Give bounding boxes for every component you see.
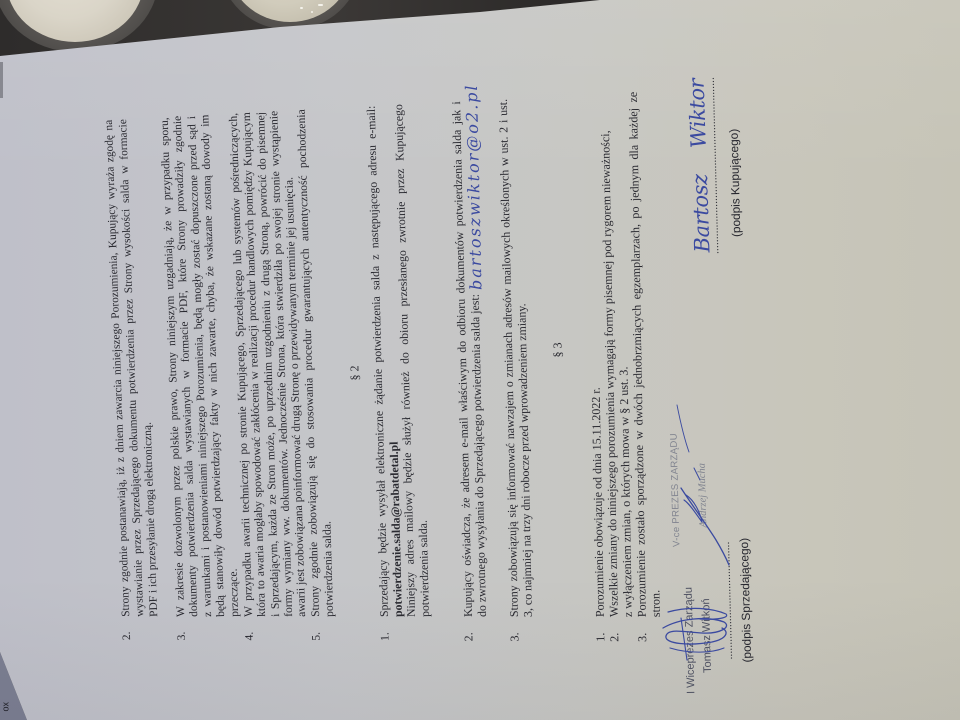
signature-scribbles	[0, 0, 960, 720]
seller-signature-scribble-2	[677, 405, 729, 565]
document-photo: ox 2. Strony zgodnie postanawiają, iż z …	[0, 0, 960, 720]
seller-signature-scribble-1	[663, 608, 727, 660]
